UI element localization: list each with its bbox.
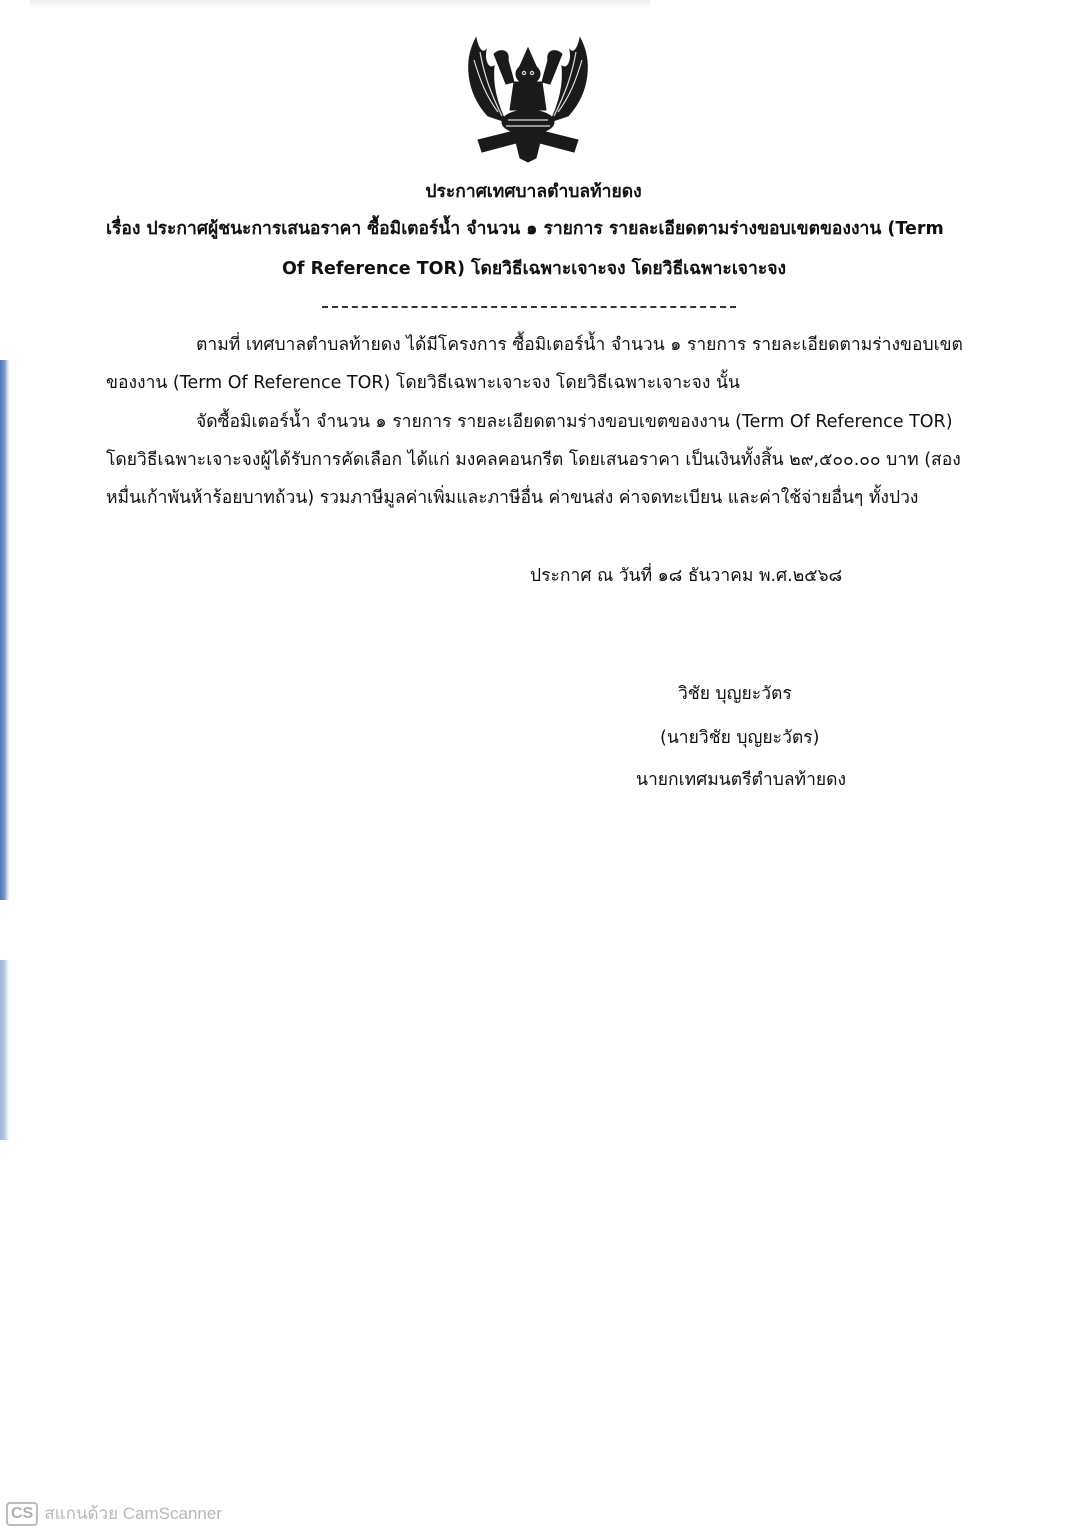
- signature-name: วิชัย บุญยะวัตร: [678, 682, 792, 706]
- camscanner-logo-icon: CS: [6, 1502, 38, 1526]
- issuer-title: ประกาศเทศบาลตำบลท้ายดง: [0, 180, 1067, 204]
- subject-line-2: Of Reference TOR) โดยวิธีเฉพาะเจาะจง โดย…: [282, 257, 786, 281]
- scan-edge-shadow: [0, 360, 10, 900]
- paragraph-1-line-2: ของงาน (Term Of Reference TOR) โดยวิธีเฉ…: [106, 371, 740, 395]
- watermark-text: สแกนด้วย CamScanner: [44, 1500, 222, 1527]
- scan-top-bleed: [30, 0, 650, 8]
- announcement-date: ประกาศ ณ วันที่ ๑๘ ธันวาคม พ.ศ.๒๕๖๘: [530, 564, 842, 588]
- signatory-full-name: (นายวิชัย บุญยะวัตร): [660, 726, 819, 750]
- paragraph-2-line-3: หมื่นเก้าพันห้าร้อยบาทถ้วน) รวมภาษีมูลค่…: [106, 486, 918, 510]
- garuda-emblem-icon: [458, 30, 598, 170]
- paragraph-1-line-1: ตามที่ เทศบาลตำบลท้ายดง ได้มีโครงการ ซื้…: [196, 333, 963, 357]
- separator-line: [322, 306, 736, 308]
- paragraph-2-line-2: โดยวิธีเฉพาะเจาะจงผู้ได้รับการคัดเลือก ไ…: [106, 448, 961, 472]
- signatory-position: นายกเทศมนตรีตำบลท้ายดง: [636, 768, 846, 792]
- subject-line-1: เรื่อง ประกาศผู้ชนะการเสนอราคา ซื้อมิเตอ…: [106, 217, 944, 241]
- scan-edge-shadow-lower: [0, 960, 10, 1140]
- camscanner-watermark: CS สแกนด้วย CamScanner: [6, 1500, 222, 1527]
- paragraph-2-line-1: จัดซื้อมิเตอร์น้ำ จำนวน ๑ รายการ รายละเอ…: [196, 410, 953, 434]
